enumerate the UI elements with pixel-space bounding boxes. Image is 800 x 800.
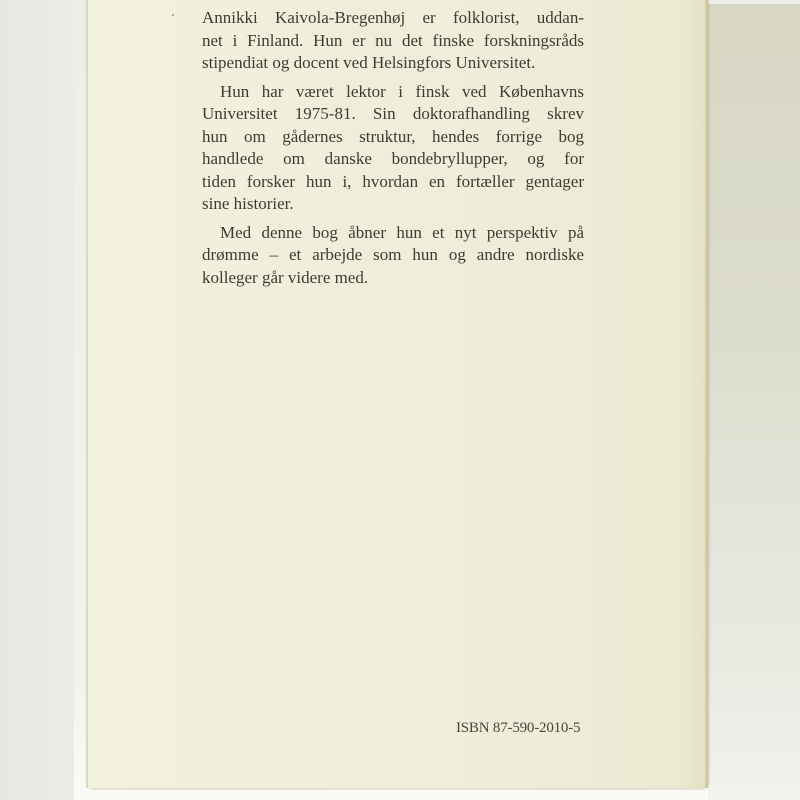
background-left — [0, 0, 74, 800]
author-blurb: Annikki Kaivola-Bregenhøj er folklorist,… — [202, 7, 584, 295]
blurb-paragraph-1: Annikki Kaivola-Bregenhøj er folklorist,… — [202, 7, 584, 75]
photo-stage: Annikki Kaivola-Bregenhøj er folklorist,… — [0, 0, 800, 800]
blurb-line: Hun har været lektor i finsk ved Københa… — [202, 81, 584, 104]
blurb-line: stipendiat og docent ved Helsingfors Uni… — [202, 52, 584, 75]
blurb-line: net i Finland. Hun er nu det finske fors… — [202, 30, 584, 53]
blurb-paragraph-3: Med denne bog åbner hun et nyt perspekti… — [202, 222, 584, 290]
blurb-line: Med denne bog åbner hun et nyt perspekti… — [202, 222, 584, 245]
blurb-line: Universitet 1975-81. Sin doktorafhandlin… — [202, 103, 584, 126]
isbn-label: ISBN 87-590-2010-5 — [456, 720, 580, 737]
blurb-line: tiden forsker hun i, hvordan en fortælle… — [202, 171, 584, 194]
blurb-paragraph-2: Hun har været lektor i finsk ved Københa… — [202, 81, 584, 216]
blurb-line: handlede om danske bondebryllupper, og f… — [202, 148, 584, 171]
blurb-line: hun om gådernes struktur, hendes forrige… — [202, 126, 584, 149]
background-right — [708, 4, 800, 800]
blurb-line: drømme – et arbejde som hun og andre nor… — [202, 244, 584, 267]
print-speck — [172, 14, 174, 16]
blurb-line: Annikki Kaivola-Bregenhøj er folklorist,… — [202, 7, 584, 30]
blurb-line: kolleger går videre med. — [202, 267, 584, 290]
blurb-line: sine historier. — [202, 193, 584, 216]
